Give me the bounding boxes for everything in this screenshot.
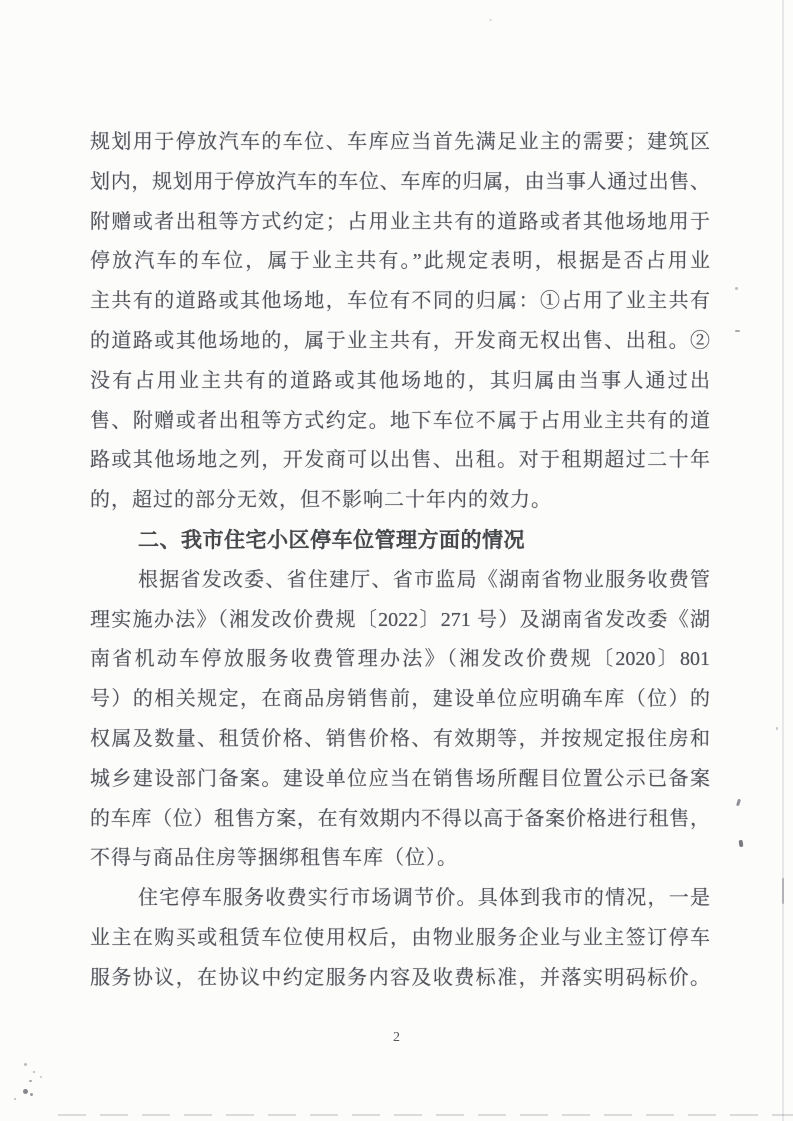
text-line: 的车库（位）租售方案，在有效期内不得以高于备案价格进行租售， — [90, 800, 710, 840]
text-line: 划内，规划用于停放汽车的车位、车库的归属，由当事人通过出售、 — [90, 163, 710, 203]
scan-edge-mark — [782, 878, 784, 904]
page-number: 2 — [0, 1030, 793, 1046]
scan-speck — [776, 727, 778, 730]
text-line: 根据省发改委、省住建厅、省市监局《湖南省物业服务收费管 — [90, 561, 710, 601]
scan-speck — [489, 19, 492, 21]
scan-speck — [14, 1098, 16, 1100]
text-line: 业主在购买或租赁车位使用权后，由物业服务企业与业主签订停车 — [90, 919, 710, 959]
text-line: 南省机动车停放服务收费管理办法》（湘发改价费规〔2020〕801 — [90, 640, 710, 680]
text-line: 的道路或其他场地的，属于业主共有，开发商无权出售、出租。② — [90, 322, 710, 362]
scan-speck — [24, 1063, 27, 1066]
scan-speck — [23, 1089, 28, 1094]
text-line: 理实施办法》（湘发改价费规〔2022〕271 号）及湖南省发改委《湖 — [90, 601, 710, 641]
text-line: 服务协议，在协议中约定服务内容及收费标准，并落实明码标价。 — [90, 959, 710, 999]
text-line: 号）的相关规定，在商品房销售前，建设单位应明确车库（位）的 — [90, 680, 710, 720]
scan-speck — [736, 799, 741, 807]
text-line: 附赠或者出租等方式约定；占用业主共有的道路或者其他场地用于 — [90, 203, 710, 243]
text-line: 住宅停车服务收费实行市场调节价。具体到我市的情况，一是 — [90, 879, 710, 919]
scan-speck — [739, 840, 744, 847]
text-line: 售、附赠或者出租等方式约定。地下车位不属于占用业主共有的道 — [90, 402, 710, 442]
scanned-document-page: 规划用于停放汽车的车位、车库应当首先满足业主的需要；建筑区划内，规划用于停放汽车… — [0, 0, 793, 1121]
section-heading: 二、我市住宅小区停车位管理方面的情况 — [90, 521, 710, 561]
scan-speck — [29, 1080, 32, 1082]
scan-speck — [40, 1076, 42, 1078]
text-line: 主共有的道路或其他场地，车位有不同的归属：①占用了业主共有 — [90, 282, 710, 322]
text-line: 规划用于停放汽车的车位、车库应当首先满足业主的需要；建筑区 — [90, 123, 710, 163]
text-line: 的，超过的部分无效，但不影响二十年内的效力。 — [90, 481, 710, 521]
text-line: 路或其他场地之列，开发商可以出售、出租。对于租期超过二十年 — [90, 441, 710, 481]
text-line: 不得与商品住房等捆绑租售车库（位）。 — [90, 839, 710, 879]
scan-speck — [30, 1093, 33, 1096]
scan-speck — [735, 287, 738, 290]
scan-speck — [33, 1071, 35, 1073]
text-line: 停放汽车的车位，属于业主共有。”此规定表明，根据是否占用业 — [90, 242, 710, 282]
text-line: 没有占用业主共有的道路或其他场地的，其归属由当事人通过出 — [90, 362, 710, 402]
scan-edge-line — [782, 0, 784, 1121]
text-block: 规划用于停放汽车的车位、车库应当首先满足业主的需要；建筑区划内，规划用于停放汽车… — [90, 123, 710, 999]
text-line: 权属及数量、租赁价格、销售价格、有效期等，并按规定报住房和 — [90, 720, 710, 760]
scan-bottom-edge — [58, 1114, 793, 1116]
scan-speck — [735, 330, 740, 332]
text-line: 城乡建设部门备案。建设单位应当在销售场所醒目位置公示已备案 — [90, 760, 710, 800]
